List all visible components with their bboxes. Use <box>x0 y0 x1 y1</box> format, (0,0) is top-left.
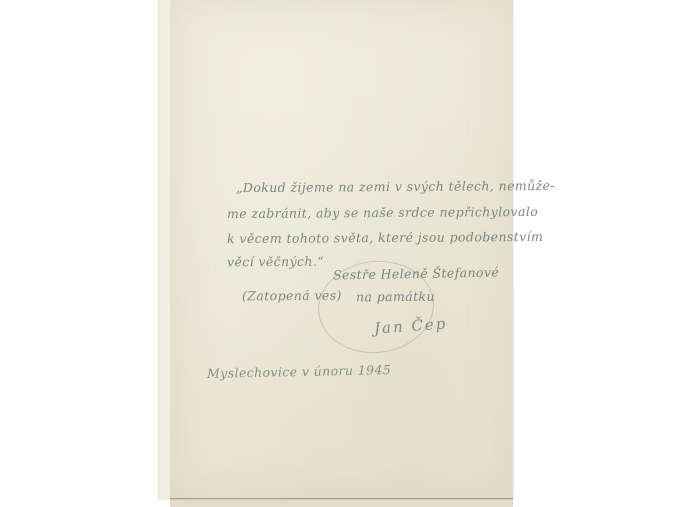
quote-line-1: „Dokud žijeme na zemi v svých tělech, ne… <box>236 178 555 195</box>
quote-line-3: k věcem tohoto světa, které jsou podoben… <box>227 229 543 246</box>
dedication-note: na památku <box>356 289 435 305</box>
work-title: (Zatopená ves) <box>242 288 342 304</box>
paper-bottom-edge <box>170 499 513 507</box>
scanned-document: „Dokud žijeme na zemi v svých tělech, ne… <box>0 0 677 507</box>
dedication-recipient: Sestře Heleně Štefanové <box>333 265 499 283</box>
quote-line-2: me zabránit, aby se naše srdce nepřichyl… <box>227 204 538 221</box>
paper-sheet <box>170 0 513 499</box>
quote-line-4: věcí věčných.“ <box>227 254 324 270</box>
